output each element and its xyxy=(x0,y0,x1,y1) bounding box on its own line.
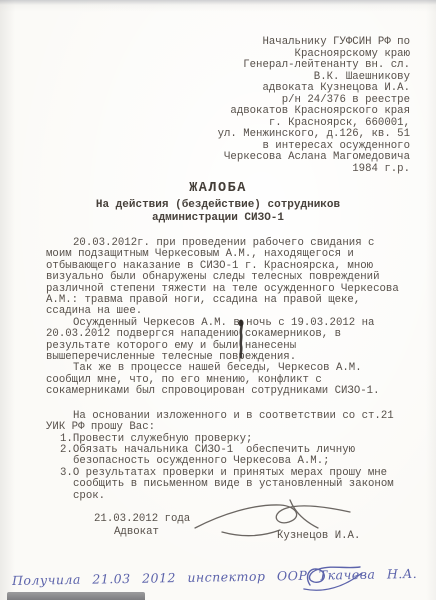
signature-date: 21.03.2012 года xyxy=(94,514,190,525)
body-paragraph: На основании изложенного и в соответстви… xyxy=(46,411,402,434)
complaint-body: 20.03.2012г. при проведении рабочего сви… xyxy=(46,238,402,502)
scanned-document-page: Начальнику ГУФСИН РФ по Красноярскому кр… xyxy=(0,0,436,600)
body-paragraph: 20.03.2012г. при проведении рабочего сви… xyxy=(46,238,402,318)
recipient-block: Начальнику ГУФСИН РФ по Красноярскому кр… xyxy=(218,37,410,175)
recipient-line: Черкесова Аслана Магомедовича xyxy=(218,152,410,164)
scanner-artifact-strip xyxy=(7,592,145,600)
signature-role: Адвокат xyxy=(114,527,159,538)
subtitle-line: администрации СИЗО-1 xyxy=(0,212,436,225)
document-subtitle: На действия (бездействие) сотрудников ад… xyxy=(0,199,436,225)
document-title: ЖАЛОБА xyxy=(0,181,436,196)
signature-name: Кузнецов И.А. xyxy=(277,531,360,542)
recipient-line: ул. Менжинского, д.126, кв. 51 xyxy=(218,129,410,141)
request-list: 1.Провести служебную проверку; 2.Обязать… xyxy=(60,434,402,502)
ink-smudge-mark xyxy=(235,319,247,359)
recipient-line: 1984 г.р. xyxy=(218,164,410,176)
receipt-signature xyxy=(298,563,364,593)
recipient-line: Начальнику ГУФСИН РФ по xyxy=(218,37,410,49)
body-paragraph: Так же в процессе нашей беседы, Черкесов… xyxy=(46,363,402,397)
recipient-line: Генерал-лейтенанту вн. сл. xyxy=(218,60,410,72)
recipient-line: адвоката Кузнецова И.А. xyxy=(218,83,410,95)
recipient-line: адвокатов Красноярского края xyxy=(218,106,410,118)
body-paragraph: Осужденный Черкесов А.М. в ночь с 19.03.… xyxy=(46,318,402,364)
request-item: 2.Обязать начальника СИЗО-1 обеспечить л… xyxy=(60,445,402,468)
subtitle-line: На действия (бездействие) сотрудников xyxy=(0,199,436,212)
